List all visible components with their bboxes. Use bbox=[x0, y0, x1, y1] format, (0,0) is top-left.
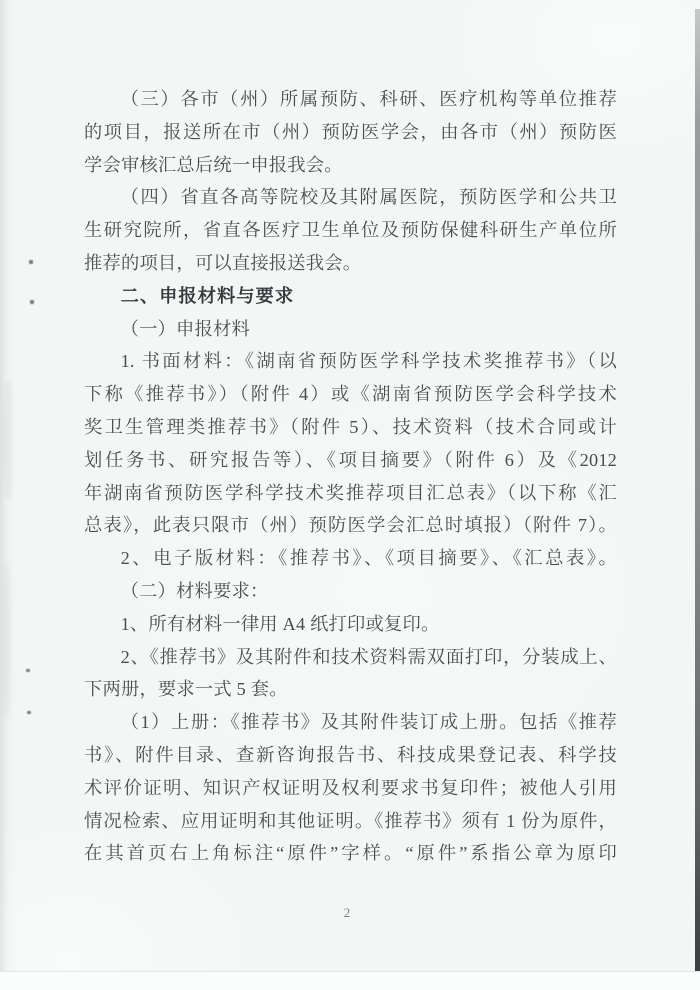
text-line: 下两册，要求一式 5 套。 bbox=[84, 673, 617, 706]
text-line: 推荐的项目，可以直接报送我会。 bbox=[84, 247, 617, 280]
text-line: 总表》，此表只限市（州）预防医学会汇总时填报）（附件 7）。 bbox=[84, 509, 617, 542]
text-line: 下称《推荐书》）（附件 4）或《湖南省预防医学会科学技术 bbox=[84, 378, 617, 411]
scanned-document-page: （三）各市（州）所属预防、科研、医疗机构等单位推荐 的项目，报送所在市（州）预防… bbox=[0, 0, 700, 990]
scan-bottom-strip bbox=[0, 971, 700, 990]
text-line: 的项目，报送所在市（州）预防医学会，由各市（州）预防医 bbox=[84, 116, 617, 149]
text-line: 情况检索、应用证明和其他证明。《推荐书》须有 1 份为原件， bbox=[84, 805, 617, 838]
text-line: （三）各市（州）所属预防、科研、医疗机构等单位推荐 bbox=[84, 83, 617, 116]
sub-heading: （一）申报材料 bbox=[84, 313, 617, 346]
text-line: 2、《推荐书》及其附件和技术资料需双面打印，分装成上、 bbox=[84, 641, 617, 674]
scan-smudge-artifact bbox=[3, 560, 10, 720]
text-line: 生研究院所，省直各医疗卫生单位及预防保健科研生产单位所 bbox=[84, 214, 617, 247]
text-line: 划任务书、研究报告等）、《项目摘要》（附件 6）及《2012 bbox=[84, 444, 617, 477]
text-line: 1、所有材料一律用 A4 纸打印或复印。 bbox=[84, 608, 617, 641]
text-line: 学会审核汇总后统一申报我会。 bbox=[84, 149, 617, 182]
scan-dot-artifact bbox=[29, 260, 33, 264]
page-number: 2 bbox=[0, 905, 694, 921]
text-line: 1. 书面材料：《湖南省预防医学科学技术奖推荐书》（以 bbox=[84, 345, 617, 378]
scan-right-edge-shadow bbox=[695, 9, 700, 971]
scan-dot-artifact bbox=[26, 669, 30, 672]
sub-heading: （二）材料要求： bbox=[84, 575, 617, 608]
text-line: 奖卫生管理类推荐书》（附件 5）、技术资料（技术合同或计 bbox=[84, 411, 617, 444]
text-line: 术评价证明、知识产权证明及权利要求书复印件；被他人引用 bbox=[84, 772, 617, 805]
scan-smudge-artifact bbox=[4, 380, 12, 500]
section-heading: 二、申报材料与要求 bbox=[84, 280, 617, 313]
text-line: 年湖南省预防医学科学技术奖推荐项目汇总表》（以下称《汇 bbox=[84, 477, 617, 510]
text-line: （1）上册：《推荐书》及其附件装订成上册。包括《推荐 bbox=[84, 706, 617, 739]
scan-dot-artifact bbox=[27, 711, 31, 714]
scan-dot-artifact bbox=[30, 300, 34, 304]
document-body: （三）各市（州）所属预防、科研、医疗机构等单位推荐 的项目，报送所在市（州）预防… bbox=[84, 83, 617, 870]
text-line: 书》、附件目录、查新咨询报告书、科技成果登记表、科学技 bbox=[84, 739, 617, 772]
text-line: （四）省直各高等院校及其附属医院，预防医学和公共卫 bbox=[84, 181, 617, 214]
text-line: 2、电子版材料：《推荐书》、《项目摘要》、《汇总表》。 bbox=[84, 542, 617, 575]
text-line: 在其首页右上角标注“原件”字样。“原件”系指公章为原印 bbox=[84, 837, 617, 870]
